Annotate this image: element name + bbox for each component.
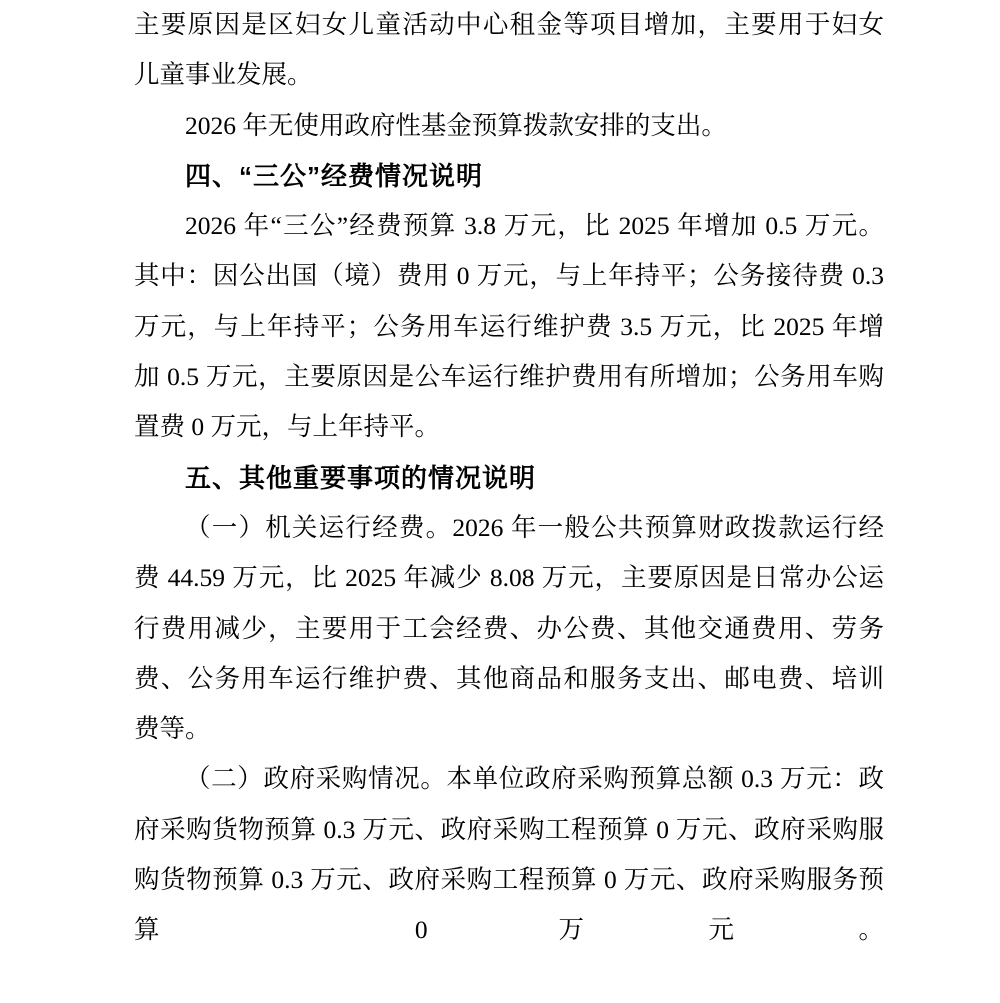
paragraph-agency-operating-cost: （一）机关运行经费。2026 年一般公共预算财政拨款运行经 费 44.59 万元… bbox=[134, 503, 884, 754]
section-heading-five-other-important-matters: 五、其他重要事项的情况说明 bbox=[134, 453, 884, 503]
text-line: 费、公务用车运行维护费、其他商品和服务支出、邮电费、培训 bbox=[134, 654, 884, 704]
heading-text: 四、“三公”经费情况说明 bbox=[134, 151, 884, 201]
text-line: 2026 年“三公”经费预算 3.8 万元，比 2025 年增加 0.5 万元。 bbox=[134, 201, 884, 251]
text-line: 其中：因公出国（境）费用 0 万元，与上年持平；公务接待费 0.3 bbox=[134, 251, 884, 301]
text-line: 主要原因是区妇女儿童活动中心租金等项目增加，主要用于妇女 bbox=[134, 0, 884, 50]
text-line: 万元，与上年持平；公务用车运行维护费 3.5 万元，比 2025 年增 bbox=[134, 302, 884, 352]
document-page: 主要原因是区妇女儿童活动中心租金等项目增加，主要用于妇女 儿童事业发展。 202… bbox=[0, 0, 1000, 1003]
paragraph-government-procurement: （二）政府采购情况。本单位政府采购预算总额 0.3 万元：政 府采购货物预算 0… bbox=[134, 754, 884, 955]
text-line: 加 0.5 万元，主要原因是公车运行维护费用有所增加；公务用车购 bbox=[134, 352, 884, 402]
text-line: 行费用减少，主要用于工会经费、办公费、其他交通费用、劳务 bbox=[134, 604, 884, 654]
text-line: 2026 年无使用政府性基金预算拨款安排的支出。 bbox=[134, 101, 884, 151]
section-heading-four-three-public-expenses: 四、“三公”经费情况说明 bbox=[134, 151, 884, 201]
text-line: 费等。 bbox=[134, 704, 884, 754]
text-line: （一）机关运行经费。2026 年一般公共预算财政拨款运行经 bbox=[134, 503, 884, 553]
text-line: 置费 0 万元，与上年持平。 bbox=[134, 402, 884, 452]
paragraph-fund-increase-continuation: 主要原因是区妇女儿童活动中心租金等项目增加，主要用于妇女 儿童事业发展。 bbox=[134, 0, 884, 101]
text-line: 府采购货物预算 0.3 万元、政府采购工程预算 0 万元、政府采购服 bbox=[134, 805, 884, 855]
paragraph-no-gov-fund-expenditure: 2026 年无使用政府性基金预算拨款安排的支出。 bbox=[134, 101, 884, 151]
heading-text: 五、其他重要事项的情况说明 bbox=[134, 453, 884, 503]
text-line: 算 0 万元。 bbox=[134, 905, 884, 955]
text-line: 购货物预算 0.3 万元、政府采购工程预算 0 万元、政府采购服务预 bbox=[134, 855, 884, 905]
text-line: 儿童事业发展。 bbox=[134, 50, 884, 100]
text-line: （二）政府采购情况。本单位政府采购预算总额 0.3 万元：政 bbox=[134, 754, 884, 804]
text-line: 费 44.59 万元，比 2025 年减少 8.08 万元，主要原因是日常办公运 bbox=[134, 553, 884, 603]
paragraph-three-public-expenses-detail: 2026 年“三公”经费预算 3.8 万元，比 2025 年增加 0.5 万元。… bbox=[134, 201, 884, 452]
